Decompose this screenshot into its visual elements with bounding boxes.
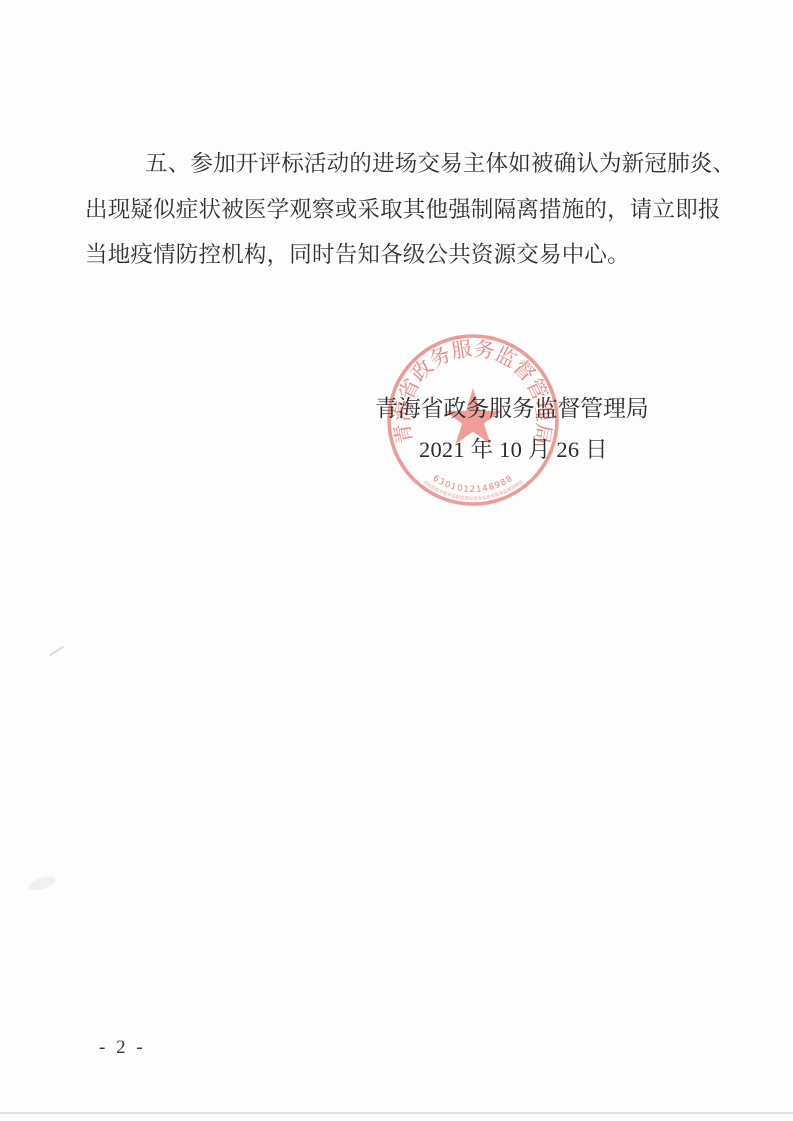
scan-artifact xyxy=(49,646,64,657)
paragraph-line-2: 出现疑似症状被医学观察或采取其他强制隔离措施的，请立即报 xyxy=(85,187,745,233)
scan-artifact xyxy=(27,874,57,893)
scan-page-edge xyxy=(0,1112,793,1114)
signature-date: 2021 年 10 月 26 日 xyxy=(419,432,608,464)
paragraph: 五、参加开评标活动的进场交易主体如被确认为新冠肺炎、 出现疑似症状被医学观察或采… xyxy=(85,141,745,278)
document-page: 五、参加开评标活动的进场交易主体如被确认为新冠肺炎、 出现疑似症状被医学观察或采… xyxy=(0,0,793,1121)
paragraph-line-3: 当地疫情防控机构，同时告知各级公共资源交易中心。 xyxy=(85,232,745,278)
page-number: - 2 - xyxy=(99,1037,146,1059)
signature-organization: 青海省政务服务监督管理局 xyxy=(375,390,649,423)
paragraph-line-1: 五、参加开评标活动的进场交易主体如被确认为新冠肺炎、 xyxy=(85,141,745,187)
